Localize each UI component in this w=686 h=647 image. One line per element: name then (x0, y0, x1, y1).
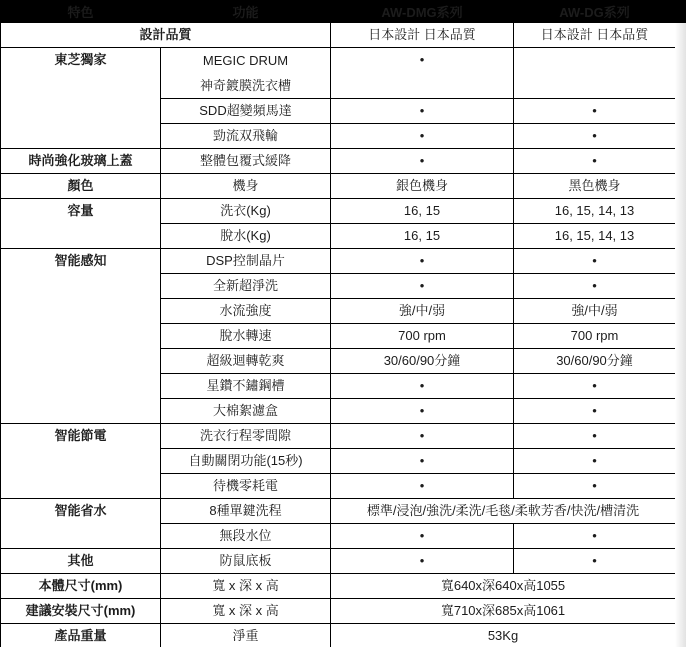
value-cell: 16, 15, 14, 13 (514, 224, 676, 249)
bullet-cell: • (331, 424, 514, 449)
feature-cell: 時尚強化玻璃上蓋 (1, 149, 161, 174)
bullet-cell: • (331, 249, 514, 274)
function-cell: 脫水轉速 (161, 324, 331, 349)
table-row: 智能感知DSP控制晶片•• (1, 249, 676, 274)
bullet-cell: • (514, 374, 676, 399)
function-cell: 寬 x 深 x 高 (161, 599, 331, 624)
value-cell: 16, 15, 14, 13 (514, 199, 676, 224)
bullet-cell: • (331, 48, 514, 99)
table-row: 東芝獨家MEGIC DRUM神奇鍍膜洗衣槽• (1, 48, 676, 99)
bullet-cell: • (514, 399, 676, 424)
function-cell: 脫水(Kg) (161, 224, 331, 249)
function-cell: 待機零耗電 (161, 474, 331, 499)
function-cell: 機身 (161, 174, 331, 199)
feature-cell: 建議安裝尺寸(mm) (1, 599, 161, 624)
value-cell: 寬710x深685x高1061 (331, 599, 676, 624)
bullet-cell: • (514, 549, 676, 574)
value-cell: 53Kg (331, 624, 676, 647)
right-edge-fade (675, 23, 686, 647)
feature-cell: 設計品質 (1, 23, 331, 48)
value-cell: 黑色機身 (514, 174, 676, 199)
feature-cell: 智能節電 (1, 424, 161, 499)
function-cell-line: 神奇鍍膜洗衣槽 (163, 73, 328, 98)
function-cell: 整體包覆式緩降 (161, 149, 331, 174)
function-cell: 全新超淨洗 (161, 274, 331, 299)
value-cell: 日本設計 日本品質 (331, 23, 514, 48)
table-header-row: 特色功能AW-DMG系列AW-DG系列 (1, 1, 676, 23)
bullet-cell: • (514, 149, 676, 174)
feature-cell: 本體尺寸(mm) (1, 574, 161, 599)
feature-cell: 顏色 (1, 174, 161, 199)
bullet-cell: • (331, 399, 514, 424)
function-cell: 無段水位 (161, 524, 331, 549)
value-cell: 寬640x深640x高1055 (331, 574, 676, 599)
value-cell: 強/中/弱 (514, 299, 676, 324)
table-row: 容量洗衣(Kg)16, 1516, 15, 14, 13 (1, 199, 676, 224)
function-cell: MEGIC DRUM神奇鍍膜洗衣槽 (161, 48, 331, 99)
value-cell: 30/60/90分鐘 (514, 349, 676, 374)
column-header-aw-dmg-series: AW-DMG系列 (331, 1, 514, 23)
value-cell: 強/中/弱 (331, 299, 514, 324)
spec-table-body: 設計品質日本設計 日本品質日本設計 日本品質東芝獨家MEGIC DRUM神奇鍍膜… (1, 23, 676, 647)
value-cell: 700 rpm (514, 324, 676, 349)
bullet-cell: • (514, 249, 676, 274)
feature-cell: 智能省水 (1, 499, 161, 549)
table-row: 顏色機身銀色機身黑色機身 (1, 174, 676, 199)
function-cell: 超級迴轉乾爽 (161, 349, 331, 374)
feature-cell: 其他 (1, 549, 161, 574)
value-cell: 日本設計 日本品質 (514, 23, 676, 48)
bullet-cell: • (331, 524, 514, 549)
column-header-aw-dg-series: AW-DG系列 (514, 1, 676, 23)
empty-cell (514, 48, 676, 99)
function-cell-line: MEGIC DRUM (163, 48, 328, 73)
feature-cell: 東芝獨家 (1, 48, 161, 149)
column-header-function: 功能 (161, 1, 331, 23)
spec-comparison-page: 特色功能AW-DMG系列AW-DG系列 設計品質日本設計 日本品質日本設計 日本… (0, 0, 686, 647)
bullet-cell: • (514, 99, 676, 124)
bullet-cell: • (331, 274, 514, 299)
spec-table: 特色功能AW-DMG系列AW-DG系列 設計品質日本設計 日本品質日本設計 日本… (0, 0, 676, 647)
function-cell: 勁流双飛輪 (161, 124, 331, 149)
value-cell: 標準/浸泡/強洗/柔洗/毛毯/柔軟芳香/快洗/槽清洗 (331, 499, 676, 524)
bullet-cell: • (331, 374, 514, 399)
table-row: 設計品質日本設計 日本品質日本設計 日本品質 (1, 23, 676, 48)
value-cell: 16, 15 (331, 199, 514, 224)
feature-cell: 產品重量 (1, 624, 161, 647)
bullet-cell: • (331, 474, 514, 499)
table-row: 其他防鼠底板•• (1, 549, 676, 574)
function-cell: 8種單鍵洗程 (161, 499, 331, 524)
bullet-cell: • (331, 99, 514, 124)
function-cell: 水流強度 (161, 299, 331, 324)
function-cell: 淨重 (161, 624, 331, 647)
table-row: 產品重量淨重53Kg (1, 624, 676, 647)
bullet-cell: • (514, 524, 676, 549)
table-row: 本體尺寸(mm)寬 x 深 x 高寬640x深640x高1055 (1, 574, 676, 599)
function-cell: 大棉絮濾盒 (161, 399, 331, 424)
bullet-cell: • (514, 474, 676, 499)
header-bar-extension (675, 0, 686, 23)
bullet-cell: • (514, 424, 676, 449)
bullet-cell: • (514, 274, 676, 299)
bullet-cell: • (331, 449, 514, 474)
column-header-feature: 特色 (1, 1, 161, 23)
bullet-cell: • (514, 124, 676, 149)
value-cell: 銀色機身 (331, 174, 514, 199)
function-cell: DSP控制晶片 (161, 249, 331, 274)
bullet-cell: • (331, 124, 514, 149)
table-row: 智能省水8種單鍵洗程標準/浸泡/強洗/柔洗/毛毯/柔軟芳香/快洗/槽清洗 (1, 499, 676, 524)
table-row: 建議安裝尺寸(mm)寬 x 深 x 高寬710x深685x高1061 (1, 599, 676, 624)
table-row: 智能節電洗衣行程零間隙•• (1, 424, 676, 449)
value-cell: 30/60/90分鐘 (331, 349, 514, 374)
function-cell: 星鑽不鏽鋼槽 (161, 374, 331, 399)
value-cell: 16, 15 (331, 224, 514, 249)
table-row: 時尚強化玻璃上蓋整體包覆式緩降•• (1, 149, 676, 174)
function-cell: 寬 x 深 x 高 (161, 574, 331, 599)
function-cell: SDD超變頻馬達 (161, 99, 331, 124)
value-cell: 700 rpm (331, 324, 514, 349)
feature-cell: 智能感知 (1, 249, 161, 424)
bullet-cell: • (331, 149, 514, 174)
bullet-cell: • (331, 549, 514, 574)
function-cell: 防鼠底板 (161, 549, 331, 574)
feature-cell: 容量 (1, 199, 161, 249)
function-cell: 洗衣(Kg) (161, 199, 331, 224)
function-cell: 自動關閉功能(15秒) (161, 449, 331, 474)
function-cell: 洗衣行程零間隙 (161, 424, 331, 449)
bullet-cell: • (514, 449, 676, 474)
